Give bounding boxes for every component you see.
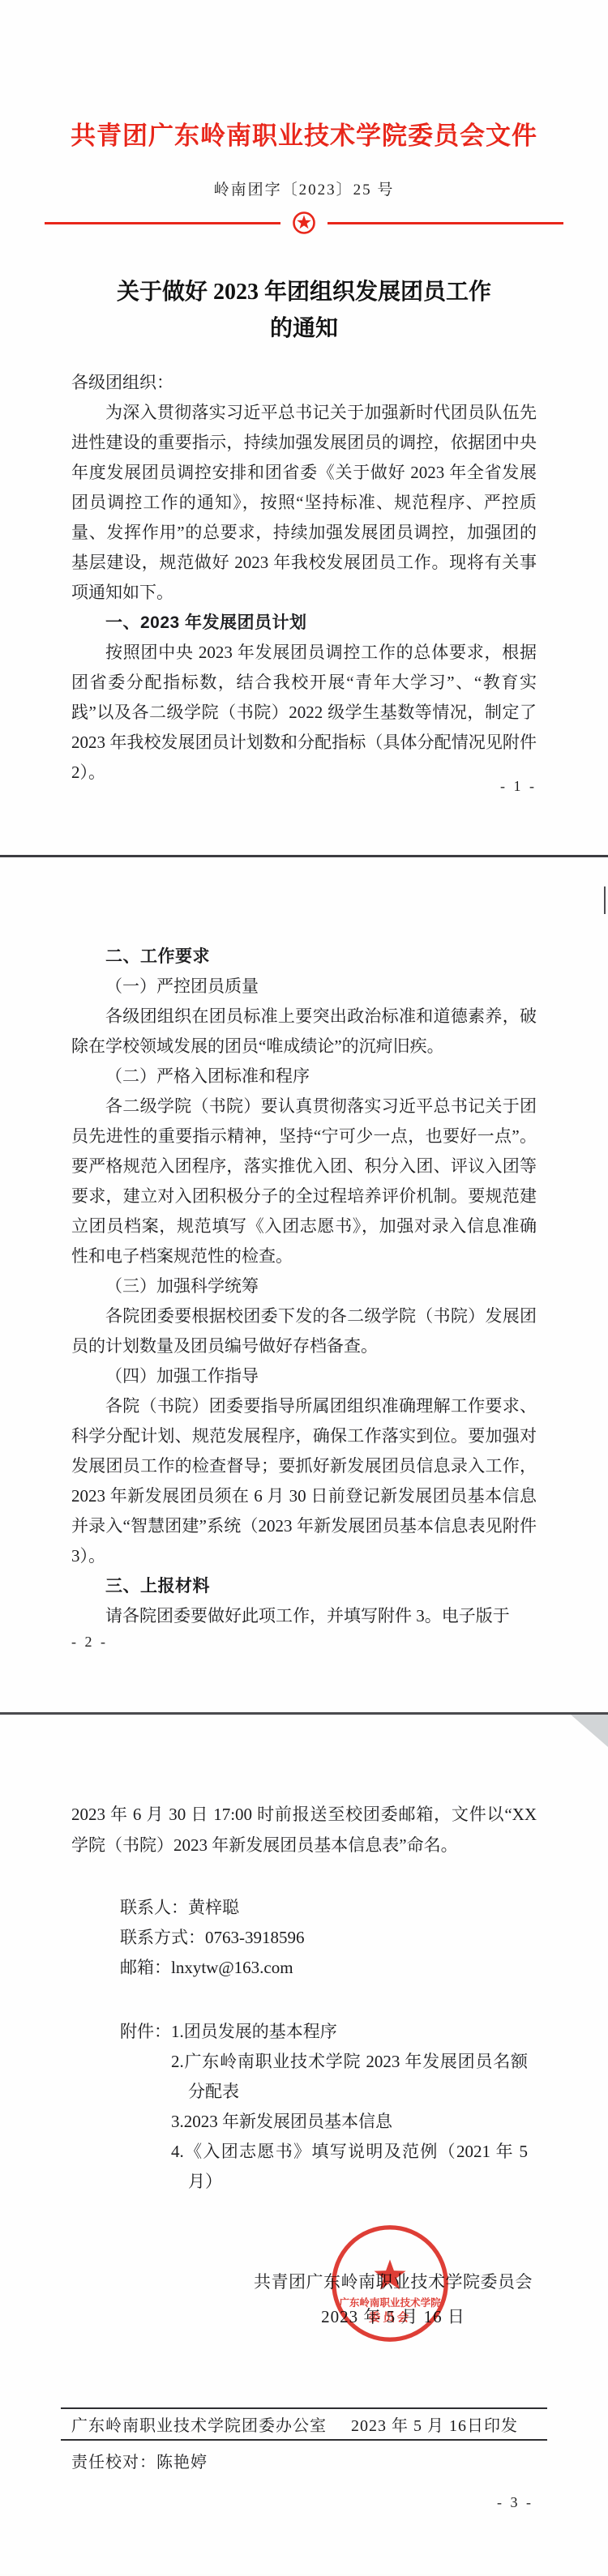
page-number-1: - 1 - (500, 778, 537, 795)
paragraph-2: 按照团中央 2023 年发展团员调控工作的总体要求，根据团省委分配指标数，结合我… (71, 638, 537, 788)
section-heading-3: 三、上报材料 (71, 1571, 537, 1601)
subheading-2-1: （一）严控团员质量 (71, 972, 537, 1002)
footer-print-date: 2023 年 5 月 16日印发 (351, 2412, 518, 2436)
star-icon (292, 211, 316, 235)
scan-corner-artifact (571, 1715, 608, 1747)
attachments-label: 附件： (120, 2017, 171, 2047)
scan-edge-artifact (604, 886, 606, 914)
document-page-2: 二、工作要求 （一）严控团员质量 各级团组织在团员标准上要突出政治标准和道德素养… (0, 857, 608, 1715)
page2-body: 二、工作要求 （一）严控团员质量 各级团组织在团员标准上要突出政治标准和道德素养… (71, 942, 537, 1631)
paragraph-5: 各院团委要根据校团委下发的各二级学院（书院）发展团员的计划数量及团员编号做好存档… (71, 1301, 537, 1361)
contact-block: 联系人：黄梓聪 联系方式：0763-3918596 邮箱：lnxytw@163.… (120, 1893, 537, 1983)
page-number-3: - 3 - (497, 2494, 533, 2511)
attachments-list: 1.团员发展的基本程序 2.广东岭南职业技术学院 2023 年发展团员名额分配表… (171, 2017, 528, 2197)
attachment-item-1: 1.团员发展的基本程序 (171, 2017, 528, 2047)
paragraph-6: 各院（书院）团委要指导所属团组织准确理解工作要求、科学分配计划、规范发展程序，确… (71, 1391, 537, 1571)
divider-line-right (328, 222, 563, 224)
contact-phone: 联系方式：0763-3918596 (120, 1923, 537, 1953)
seal-star-icon (374, 2259, 405, 2289)
red-letterhead: 共青团广东岭南职业技术学院委员会文件 (0, 115, 608, 152)
subheading-2-4: （四）加强工作指导 (71, 1361, 537, 1391)
title-line-2: 的通知 (0, 310, 608, 347)
seal-committee-text: 委员会 (369, 2309, 411, 2324)
document-footer: 广东岭南职业技术学院团委办公室 2023 年 5 月 16日印发 责任校对：陈艳… (61, 2407, 547, 2472)
seal-school-name: 广东岭南职业技术学院 (339, 2296, 441, 2309)
document-page-1: 共青团广东岭南职业技术学院委员会文件 岭南团字〔2023〕25 号 关于做好 2… (0, 0, 608, 857)
paragraph-3: 各级团组织在团员标准上要突出政治标准和道德素养，破除在学校领域发展的团员“唯成绩… (71, 1002, 537, 1062)
subheading-2-3: （三）加强科学统筹 (71, 1271, 537, 1301)
official-seal: 中国共产主义青年团 广东岭南职业技术学院 委员会 (328, 2222, 452, 2345)
document-page-3: 2023 年 6 月 30 日 17:00 时前报送至校团委邮箱，文件以“XX学… (0, 1715, 608, 2574)
footer-imprint-line: 广东岭南职业技术学院团委办公室 2023 年 5 月 16日印发 (61, 2409, 547, 2439)
document-title: 关于做好 2023 年团组织发展团员工作 的通知 (0, 274, 608, 347)
paragraph-1: 为深入贯彻落实习近平总书记关于加强新时代团员队伍先进性建设的重要指示，持续加强发… (71, 398, 537, 608)
red-divider-rule (45, 212, 563, 233)
footer-office: 广东岭南职业技术学院团委办公室 (71, 2412, 327, 2436)
divider-line-left (45, 222, 280, 224)
section-heading-1: 一、2023 年发展团员计划 (71, 608, 537, 638)
scanned-document: 共青团广东岭南职业技术学院委员会文件 岭南团字〔2023〕25 号 关于做好 2… (0, 0, 608, 2576)
doc-number: 岭南团字〔2023〕25 号 (0, 177, 608, 199)
attachment-item-4: 4.《入团志愿书》填写说明及范例（2021 年 5 月） (171, 2137, 528, 2197)
page-number-2: - 2 - (71, 1634, 108, 1651)
contact-person: 联系人：黄梓聪 (120, 1893, 537, 1923)
title-line-1: 关于做好 2023 年团组织发展团员工作 (0, 274, 608, 310)
contact-email: 邮箱：lnxytw@163.com (120, 1953, 537, 1983)
paragraph-7: 请各院团委要做好此项工作，并填写附件 3。电子版于 (71, 1601, 537, 1631)
section-heading-2: 二、工作要求 (71, 942, 537, 972)
subheading-2-2: （二）严格入团标准和程序 (71, 1062, 537, 1091)
footer-rule-bottom (61, 2439, 547, 2441)
attachment-item-3: 3.2023 年新发展团员基本信息 (171, 2107, 528, 2137)
paragraph-4: 各二级学院（书院）要认真贯彻落实习近平总书记关于团员先进性的重要指示精神，坚持“… (71, 1091, 537, 1271)
attachments-block: 附件： 1.团员发展的基本程序 2.广东岭南职业技术学院 2023 年发展团员名… (120, 2017, 537, 2197)
salutation: 各级团组织： (71, 368, 537, 398)
page1-body: 各级团组织： 为深入贯彻落实习近平总书记关于加强新时代团员队伍先进性建设的重要指… (71, 368, 537, 788)
footer-proofreader: 责任校对：陈艳婷 (71, 2449, 547, 2472)
attachment-item-2: 2.广东岭南职业技术学院 2023 年发展团员名额分配表 (171, 2047, 528, 2107)
paragraph-8: 2023 年 6 月 30 日 17:00 时前报送至校团委邮箱，文件以“XX学… (71, 1799, 537, 1860)
